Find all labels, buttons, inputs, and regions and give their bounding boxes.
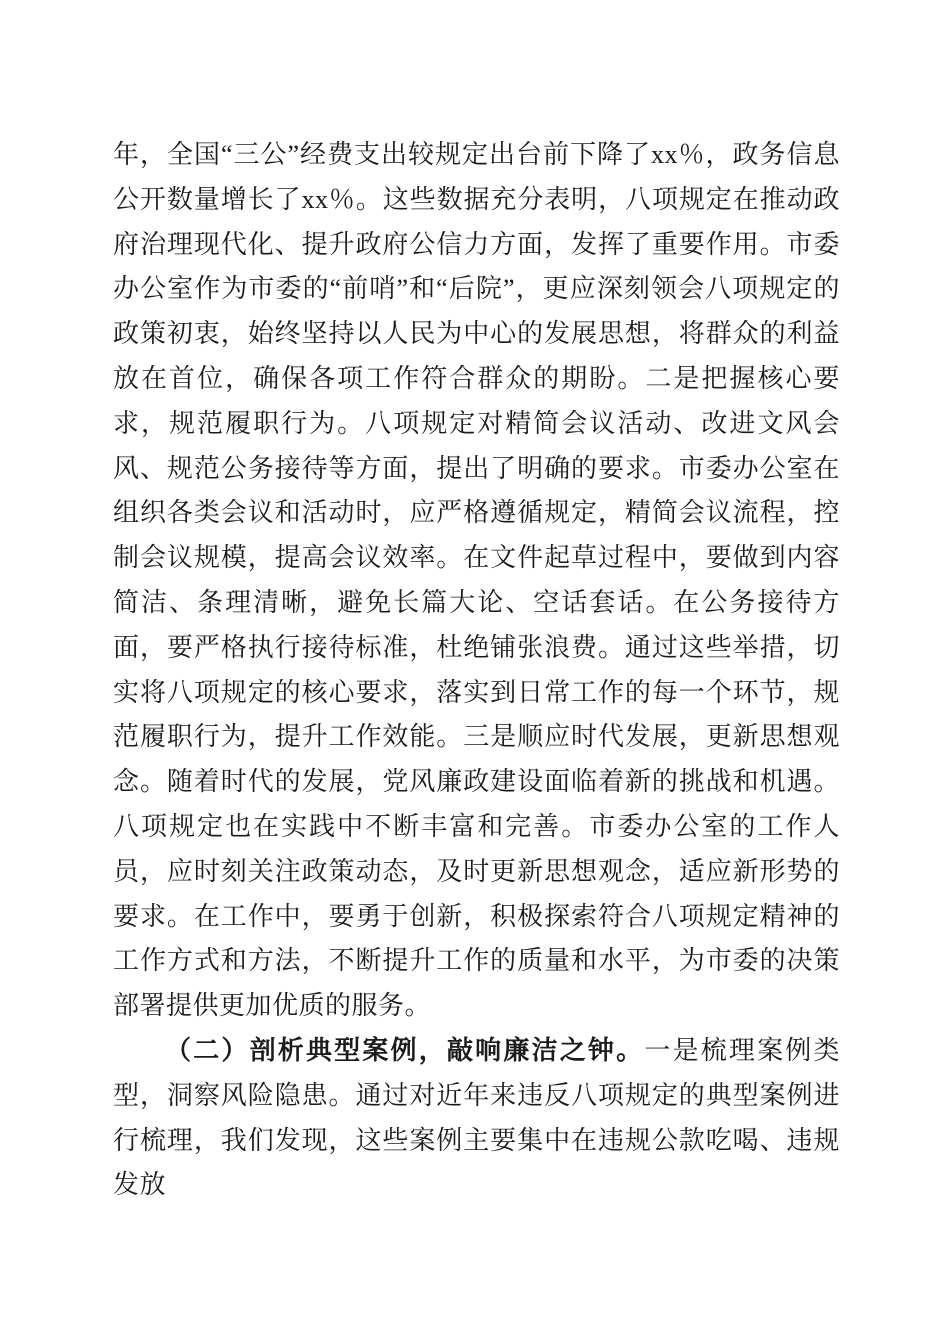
body-text: 年，全国“三公”经费支出较规定出台前下降了xx％，政务信息公开数量增长了xx％。… xyxy=(113,140,840,1020)
document-body: 年，全国“三公”经费支出较规定出台前下降了xx％，政务信息公开数量增长了xx％。… xyxy=(113,133,840,1208)
paragraph-continuation: 年，全国“三公”经费支出较规定出台前下降了xx％，政务信息公开数量增长了xx％。… xyxy=(113,133,840,1029)
section-heading-inline: （二）剖析典型案例，敲响廉洁之钟。 xyxy=(165,1036,644,1065)
paragraph-section-2: （二）剖析典型案例，敲响廉洁之钟。一是梳理案例类型，洞察风险隐患。通过对近年来违… xyxy=(113,1029,840,1208)
document-page: 年，全国“三公”经费支出较规定出台前下降了xx％，政务信息公开数量增长了xx％。… xyxy=(0,0,950,1344)
